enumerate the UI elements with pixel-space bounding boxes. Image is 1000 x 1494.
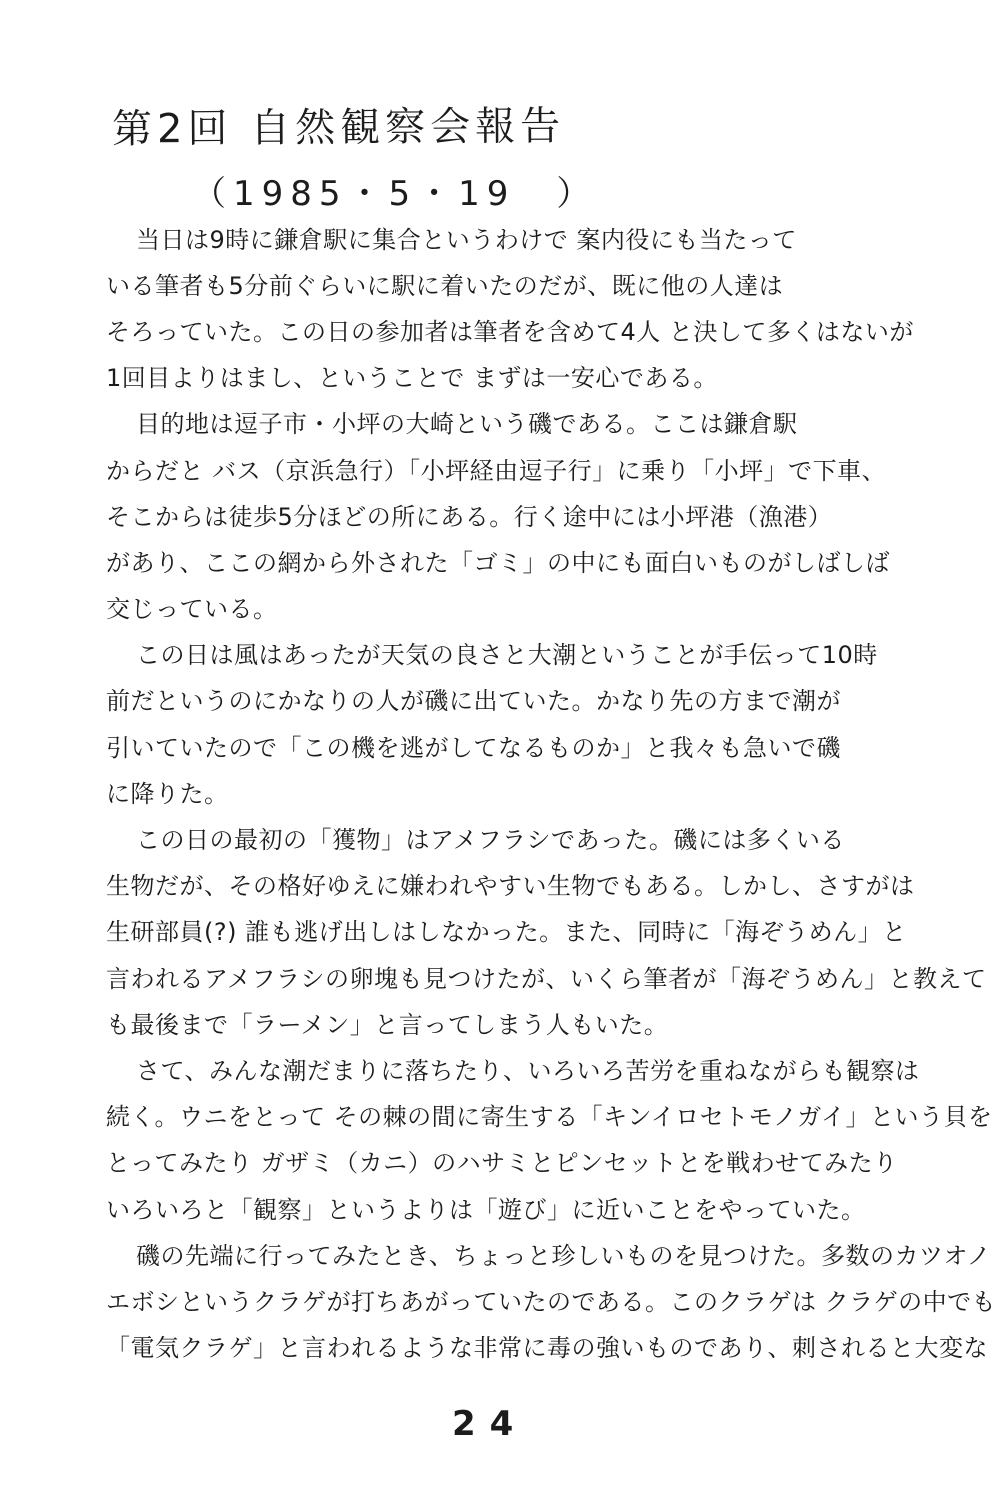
handwritten-line: 引いていたので「この機を逃がしてなるものか」と我々も急いで磯 [106, 722, 966, 768]
handwritten-line: そろっていた。この日の参加者は筆者を含めて4人 と決して多くはないが [106, 306, 966, 352]
handwritten-line: 前だというのにかなりの人が磯に出ていた。かなり先の方まで潮が [106, 676, 966, 722]
handwritten-line: 「電気クラゲ」と言われるような非常に毒の強いものであり、刺されると大変な [106, 1323, 966, 1369]
document-title: 第2回 自然観察会報告 [112, 94, 566, 154]
handwritten-line: からだと バス（京浜急行）「小坪経由逗子行」に乗り「小坪」で下車、 [106, 445, 966, 491]
document-date: （1985・5・19 ） [192, 166, 597, 215]
handwritten-line: さて、みんな潮だまりに落ちたり、いろいろ苦労を重ねながらも観察は [106, 1045, 966, 1091]
handwritten-line: とってみたり ガザミ（カニ）のハサミとピンセットとを戦わせてみたり [106, 1138, 966, 1184]
handwritten-line: に降りた。 [106, 768, 966, 814]
page-number: 24 [452, 1404, 527, 1444]
handwritten-line: この日は風はあったが天気の良さと大潮ということが手伝って10時 [106, 630, 966, 676]
handwritten-line: 生研部員(?) 誰も逃げ出しはしなかった。また、同時に「海ぞうめん」と [106, 907, 966, 953]
handwritten-line: この日の最初の「獲物」はアメフラシであった。磯には多くいる [106, 814, 966, 860]
handwritten-line: 目的地は逗子市・小坪の大崎という磯である。ここは鎌倉駅 [106, 399, 966, 445]
handwritten-line: いる筆者も5分前ぐらいに駅に着いたのだが、既に他の人達は [106, 260, 966, 306]
handwritten-line: 続く。ウニをとって その棘の間に寄生する「キンイロセトモノガイ」という貝を [106, 1092, 966, 1138]
handwritten-line: エボシというクラゲが打ちあがっていたのである。このクラゲは クラゲの中でも [106, 1276, 966, 1322]
handwritten-line: 言われるアメフラシの卵塊も見つけたが、いくら筆者が「海ぞうめん」と教えて [106, 953, 966, 999]
handwritten-line: 当日は9時に鎌倉駅に集合というわけで 案内役にも当たって [106, 214, 966, 260]
handwritten-line: 1回目よりはまし、ということで まずは一安心である。 [106, 353, 966, 399]
handwritten-line: そこからは徒歩5分ほどの所にある。行く途中には小坪港（漁港） [106, 491, 966, 537]
handwritten-line: いろいろと「観察」というよりは「遊び」に近いことをやっていた。 [106, 1184, 966, 1230]
handwritten-body-text: 当日は9時に鎌倉駅に集合というわけで 案内役にも当たっている筆者も5分前ぐらいに… [106, 214, 966, 1369]
handwritten-line: があり、ここの網から外された「ゴミ」の中にも面白いものがしばしば [106, 537, 966, 583]
handwritten-line: も最後まで「ラーメン」と言ってしまう人もいた。 [106, 999, 966, 1045]
handwritten-line: 生物だが、その格好ゆえに嫌われやすい生物でもある。しかし、さすがは [106, 861, 966, 907]
handwritten-line: 交じっている。 [106, 584, 966, 630]
handwritten-line: 磯の先端に行ってみたとき、ちょっと珍しいものを見つけた。多数のカツオノ [106, 1230, 966, 1276]
scanned-page: 第2回 自然観察会報告 （1985・5・19 ） 当日は9時に鎌倉駅に集合という… [0, 0, 1000, 1494]
